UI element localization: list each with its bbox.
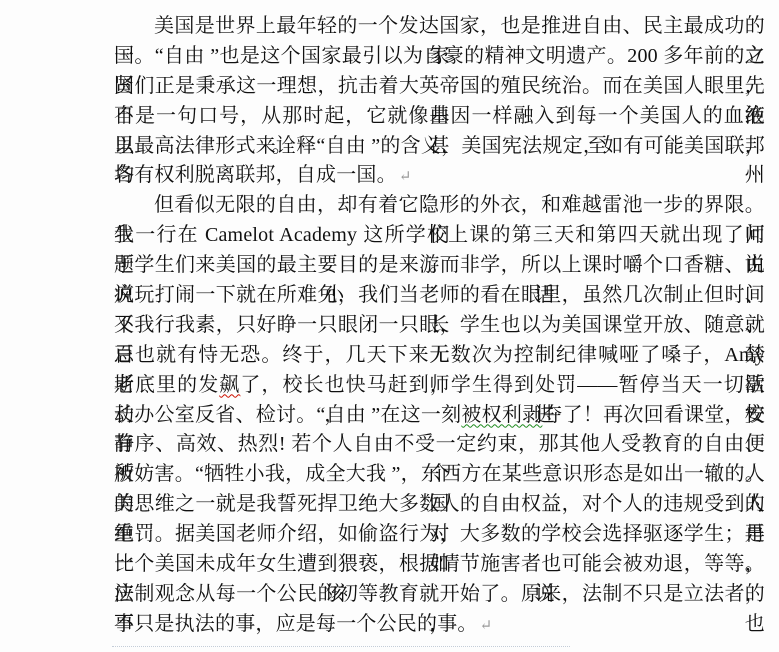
text-segment: 均有权利脱离联邦，自成一国。 (114, 164, 397, 186)
text-line: 一个美国未成年女生遭到猥亵，根据情节施害者也可能会被劝退，等等。应该说， (114, 550, 765, 580)
document-text[interactable]: 美国是世界上最年轻的一个发达国家，也是推进自由、民主最成功的国家之一。“自由 ”… (114, 12, 765, 640)
text-line: 生一行在 Camelot Academy 这所学校上课的第三天和第四天就出现了问… (114, 221, 765, 251)
text-line: 但看似无限的自由，却有着它隐形的外衣，和难越雷池一步的界限。我们师 (114, 191, 765, 221)
paragraph-mark: ↵ (397, 169, 412, 185)
text-line: 疯玩打闹一下就在所难免，我们当老师的看在眼里，虽然几次制止但时间不长就 (114, 281, 765, 311)
text-line: 长办公室反省、检讨。“自由 ”在这一刻被权利剥夺了！再次回看课堂，安静、 (114, 401, 765, 431)
text-line: 的思维之一就是我誓死捍卫绝大多数人的自由权益，对个人的违规受到的绝对是 (114, 490, 765, 520)
text-line: 于学生们来美国的最主要目的是来游而非学，所以上课时嚼个口香糖、说说小话、 (114, 251, 765, 281)
text-line: 所妨害。“牺牲小我，成全大我 ”，东西方在某些意识形态是如出一辙的。美国人 (114, 460, 765, 490)
document-page: 美国是世界上最年轻的一个发达国家，也是推进自由、民主最成功的国家之一。“自由 ”… (0, 0, 779, 652)
text-line: 忌也就有恃无恐。终于，几天下来无数次为控制纪律喊哑了嗓子，Amy 老师歇 (114, 341, 765, 371)
text-segment: 斯底里的发 (114, 374, 219, 396)
grammarcheck-underlined-text: 被权利剥 (461, 404, 542, 426)
text-line: 不是一句口号，从那时起，它就像基因一样融入到每一个美国人的血液里。甚至， (114, 102, 765, 132)
text-line: 重罚。据美国老师介绍，如偷盗行为，大多数的学校会选择驱逐学生；再比如， (114, 520, 765, 550)
text-segment: 不只是执法的事，应是每一个公民的事。 (114, 613, 478, 635)
paragraph-mark: ↵ (478, 618, 493, 634)
text-line: 美国是世界上最年轻的一个发达国家，也是推进自由、民主最成功的国家之 (114, 12, 765, 42)
text-line: 有序、高效、热烈! 若个人自由不受一定约束，那其他人受教育的自由便被个人 (114, 430, 765, 460)
text-line: 贤们正是秉承这一理想，抗击着大英帝国的殖民统治。而在美国人眼里，自由绝 (114, 72, 765, 102)
text-line: 又我行我素，只好睁一只眼闭一只眼，学生也以为美国课堂开放、随意、百无禁 (114, 311, 765, 341)
spellcheck-underlined-text: 飙 (219, 374, 240, 396)
text-line: 以最高法律形式来诠释“自由 ”的含义，美国宪法规定，如有可能美国联邦各州 (114, 132, 765, 162)
page-bottom-divider (112, 646, 570, 647)
text-line: 斯底里的发飙了，校长也快马赶到，学生得到处罚——暂停当天一切活动，进校 (114, 371, 765, 401)
text-line: 法制观念从每一个公民的初等教育就开始了。原来，法制不只是立法者的事，也 (114, 580, 765, 610)
text-segment: 长办公室反省、检讨。“自由 ”在这一刻 (114, 404, 461, 426)
text-line: 一。“自由 ”也是这个国家最引以为自豪的精神文明遗产。200 多年前的立国先 (114, 42, 765, 72)
